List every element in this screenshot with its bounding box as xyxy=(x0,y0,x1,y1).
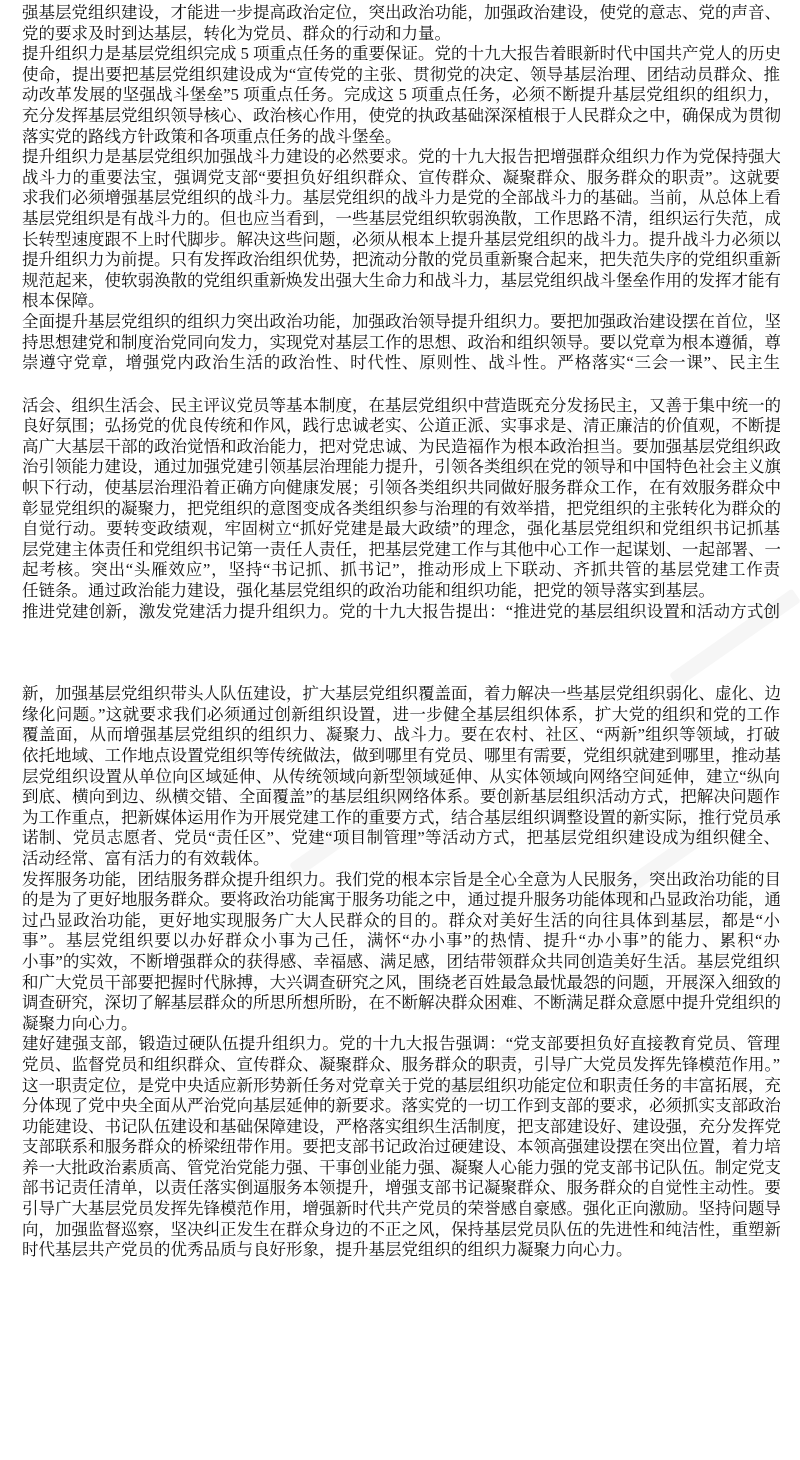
text-line: 分体现了党中央全面从严治党向基层延伸的新要求。落实党的一切工作到支部的要求，必须… xyxy=(22,1096,780,1117)
text-line: 支部联系和服务群众的桥梁纽带作用。要把支部书记政治过硬建设、本领高强建设摆在突出… xyxy=(22,1137,780,1158)
text-line: 缘化问题。”这就要求我们必须通过创新组织设置，进一步健全基层组织体系，扩大党的组… xyxy=(22,705,780,726)
text-line: 根本保障。 xyxy=(22,291,780,312)
paragraph: 发挥服务功能，团结服务群众提升组织力。我们党的根本宗旨是全心全意为人民服务，突出… xyxy=(22,870,780,1035)
text-line: 时代基层共产党员的优秀品质与良好形象，提升基层党组织的组织力凝聚力向心力。 xyxy=(22,1240,780,1261)
text-line: 建好建强支部，锻造过硬队伍提升组织力。党的十九大报告强调：“党支部要担负好直接教… xyxy=(22,1034,780,1055)
text-line: 自觉行动。要转变政绩观，牢固树立“抓好党建是最大政绩”的理念，强化基层党组织和党… xyxy=(22,519,780,540)
text-line: 治引领能力建设，通过加强党建引领基层治理能力提升，引领各类组织在党的领导和中国特… xyxy=(22,457,780,478)
text-line: 诺制、党员志愿者、党员“责任区”、党建“项目制管理”等活动方式，把基层党组织建设… xyxy=(22,828,780,849)
text-line: 推进党建创新，激发党建活力提升组织力。党的十九大报告提出：“推进党的基层组织设置… xyxy=(22,602,780,623)
document-page: 强基层党组织建设，才能进一步提高政治定位，突出政治功能，加强政治建设，使党的意志… xyxy=(0,0,800,1460)
paragraph: 建好建强支部，锻造过硬队伍提升组织力。党的十九大报告强调：“党支部要担负好直接教… xyxy=(22,1034,780,1261)
paragraph: 提升组织力是基层党组织完成 5 项重点任务的重要保证。党的十九大报告着眼新时代中… xyxy=(22,44,780,147)
text-line: 党员、监督党员和组织群众、宣传群众、凝聚群众、服务群众的职责，引导广大党员发挥先… xyxy=(22,1055,780,1076)
text-line: 帜下行动，使基层治理沿着正确方向健康发展；引领各类组织共同做好服务群众工作，在有… xyxy=(22,478,780,499)
text-line: 动改革发展的坚强战斗堡垒”5 项重点任务。完成这 5 项重点任务，必须不断提升基… xyxy=(22,85,780,106)
text-line: 求我们必须增强基层党组织的战斗力。基层党组织的战斗力是党的全部战斗力的基础。当前… xyxy=(22,188,780,209)
page-break-gap xyxy=(22,374,780,396)
text-line: 起考核。突出“头雁效应”，坚持“书记抓、抓书记”，推动形成上下联动、齐抓共管的基… xyxy=(22,560,780,581)
text-line: 覆盖面，从而增强基层党组织的组织力、凝聚力、战斗力。要在农村、社区、“两新”组织… xyxy=(22,725,780,746)
text-line: 凝聚力向心力。 xyxy=(22,1014,780,1035)
text-line: 充分发挥基层党组织领导核心、政治核心作用，使党的执政基础深深植根于人民群众之中，… xyxy=(22,106,780,127)
text-line: 规范起来，使软弱涣散的党组织重新焕发出强大生命力和战斗力，基层党组织战斗堡垒作用… xyxy=(22,271,780,292)
text-line: 依托地域、工作地点设置党组织等传统做法，做到哪里有党员、哪里有需要，党组织就建到… xyxy=(22,746,780,767)
text-line: 事”。基层党组织要以办好群众小事为己任，满怀“办小事”的热情、提升“办小事”的能… xyxy=(22,931,780,952)
text-line: 战斗力的重要法宝，强调党支部“要担负好组织群众、宣传群众、凝聚群众、服务群众的职… xyxy=(22,168,780,189)
text-line: 活动经常、富有活力的有效载体。 xyxy=(22,849,780,870)
text-line: 党的要求及时到达基层，转化为党员、群众的行动和力量。 xyxy=(22,24,780,45)
text-line: 向，加强监督巡察，坚决纠正发生在群众身边的不正之风，保持基层党员队伍的先进性和纯… xyxy=(22,1220,780,1241)
text-line: 基层党组织是有战斗力的。但也应当看到，一些基层党组织软弱涣散，工作思路不清，组织… xyxy=(22,209,780,230)
text-line: 持思想建党和制度治党同向发力，实现党对基层工作的思想、政治和组织领导。要以党章为… xyxy=(22,333,780,354)
text-line: 提升组织力为前提。只有发挥政治组织优势，把流动分散的党员重新聚合起来，把失范失序… xyxy=(22,250,780,271)
text-line: 彰显党组织的凝聚力，把党组织的意图变成各类组织参与治理的有效举措，把党组织的主张… xyxy=(22,499,780,520)
text-line: 长转型速度跟不上时代脚步。解决这些问题，必须从根本上提升基层党组织的战斗力。提升… xyxy=(22,230,780,251)
text-line: 到底、横向到边、纵横交错、全面覆盖”的基层组织网络体系。要创新基层组织活动方式，… xyxy=(22,787,780,808)
text-line: 小事”的实效，不断增强群众的获得感、幸福感、满足感，团结带领群众共同创造美好生活… xyxy=(22,952,780,973)
text-line: 强基层党组织建设，才能进一步提高政治定位，突出政治功能，加强政治建设，使党的意志… xyxy=(22,3,780,24)
text-line: 提升组织力是基层党组织加强战斗力建设的必然要求。党的十九大报告把增强群众组织力作… xyxy=(22,147,780,168)
text-line: 部书记责任清单，以责任落实倒逼服务本领提升，增强支部书记凝聚群众、服务群众的自觉… xyxy=(22,1178,780,1199)
document-body: 强基层党组织建设，才能进一步提高政治定位，突出政治功能，加强政治建设，使党的意志… xyxy=(22,3,780,1261)
text-line: 发挥服务功能，团结服务群众提升组织力。我们党的根本宗旨是全心全意为人民服务，突出… xyxy=(22,870,780,891)
page-break-gap xyxy=(22,622,780,684)
paragraph: 强基层党组织建设，才能进一步提高政治定位，突出政治功能，加强政治建设，使党的意志… xyxy=(22,3,780,44)
text-line: 崇遵守党章，增强党内政治生活的政治性、时代性、原则性、战斗性。严格落实“三会一课… xyxy=(22,353,780,374)
text-line: 层党建主体责任和党组织书记第一责任人责任，把基层党建工作与其他中心工作一起谋划、… xyxy=(22,540,780,561)
text-line: 良好氛围；弘扬党的优良传统和作风，践行忠诚老实、公道正派、实事求是、清正廉洁的价… xyxy=(22,416,780,437)
paragraph: 新，加强基层党组织带头人队伍建设，扩大基层党组织覆盖面，着力解决一些基层党组织弱… xyxy=(22,684,780,869)
paragraph: 推进党建创新，激发党建活力提升组织力。党的十九大报告提出：“推进党的基层组织设置… xyxy=(22,602,780,623)
text-line: 功能建设、书记队伍建设和基础保障建设，严格落实组织生活制度，把支部建设好、建设强… xyxy=(22,1117,780,1138)
text-line: 落实党的路线方针政策和各项重点任务的战斗堡垒。 xyxy=(22,127,780,148)
paragraph: 提升组织力是基层党组织加强战斗力建设的必然要求。党的十九大报告把增强群众组织力作… xyxy=(22,147,780,312)
text-line: 活会、组织生活会、民主评议党员等基本制度，在基层党组织中营造既充分发扬民主，又善… xyxy=(22,396,780,417)
paragraph: 全面提升基层党组织的组织力突出政治功能，加强政治领导提升组织力。要把加强政治建设… xyxy=(22,312,780,374)
text-line: 层党组织设置从单位向区域延伸、从传统领域向新型领域延伸、从实体领域向网络空间延伸… xyxy=(22,767,780,788)
text-line: 高广大基层干部的政治觉悟和政治能力，把对党忠诚、为民造福作为根本政治担当。要加强… xyxy=(22,437,780,458)
text-line: 新，加强基层党组织带头人队伍建设，扩大基层党组织覆盖面，着力解决一些基层党组织弱… xyxy=(22,684,780,705)
text-line: 引导广大基层党员发挥先锋模范作用，增强新时代共产党员的荣誉感自豪感。强化正向激励… xyxy=(22,1199,780,1220)
text-line: 调查研究，深切了解基层群众的所思所想所盼，在不断解决群众困难、不断满足群众意愿中… xyxy=(22,993,780,1014)
text-line: 和广大党员干部要把握时代脉搏，大兴调查研究之风，围绕老百姓最急最忧最怨的问题，开… xyxy=(22,973,780,994)
paragraph: 活会、组织生活会、民主评议党员等基本制度，在基层党组织中营造既充分发扬民主，又善… xyxy=(22,396,780,602)
text-line: 全面提升基层党组织的组织力突出政治功能，加强政治领导提升组织力。要把加强政治建设… xyxy=(22,312,780,333)
text-line: 的是为了更好地服务群众。要将政治功能寓于服务功能之中，通过提升服务功能体现和凸显… xyxy=(22,890,780,911)
text-line: 养一大批政治素质高、管党治党能力强、干事创业能力强、凝聚人心能力强的党支部书记队… xyxy=(22,1158,780,1179)
text-line: 使命，提出要把基层党组织建设成为“宣传党的主张、贯彻党的决定、领导基层治理、团结… xyxy=(22,65,780,86)
text-line: 过凸显政治功能，更好地实现服务广大人民群众的目的。群众对美好生活的向往具体到基层… xyxy=(22,911,780,932)
text-line: 提升组织力是基层党组织完成 5 项重点任务的重要保证。党的十九大报告着眼新时代中… xyxy=(22,44,780,65)
text-line: 任链条。通过政治能力建设，强化基层党组织的政治功能和组织功能，把党的领导落实到基… xyxy=(22,581,780,602)
text-line: 这一职责定位，是党中央适应新形势新任务对党章关于党的基层组织功能定位和职责任务的… xyxy=(22,1076,780,1097)
text-line: 为工作重点，把新媒体运用作为开展党建工作的重要方式，结合基层组织调整设置的新实际… xyxy=(22,808,780,829)
